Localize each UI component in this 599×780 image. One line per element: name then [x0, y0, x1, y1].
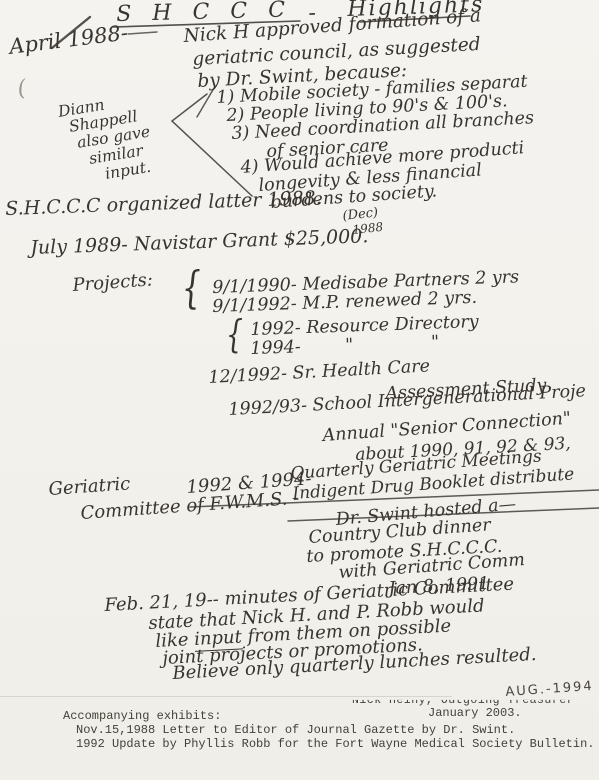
- typed-exhibits-header: Accompanying exhibits:: [63, 709, 221, 723]
- tape-seam-line: [0, 696, 452, 697]
- aug-1994-date: AUG.-1994: [505, 680, 594, 700]
- navistar-grant-line: July 1989- Navistar Grant $25,000.: [30, 227, 369, 259]
- title-underline-dash: [128, 32, 157, 34]
- projects-brace-1: {: [181, 265, 202, 312]
- geriatric-committee-line-1: Geriatric: [48, 475, 131, 500]
- typed-exhibit-2: 1992 Update by Phyllis Robb for the Fort…: [76, 737, 594, 751]
- project-resource-directory-ditto: 1994- " ": [250, 333, 439, 358]
- typed-date: January 2003.: [428, 706, 522, 720]
- organized-line: S.H.C.C.C organized latter 1988.: [5, 189, 322, 220]
- list-slash-mark: [197, 88, 214, 117]
- projects-brace-2: {: [226, 315, 243, 355]
- typed-exhibit-1: Nov.15,1988 Letter to Editor of Journal …: [76, 723, 515, 737]
- projects-label: Projects:: [72, 271, 154, 295]
- stray-paren-mark: (: [16, 77, 28, 101]
- april-1988-date: April 1988-: [8, 21, 129, 57]
- scanned-document-page: S H C C C - Highlights April 1988- Nick …: [0, 0, 599, 780]
